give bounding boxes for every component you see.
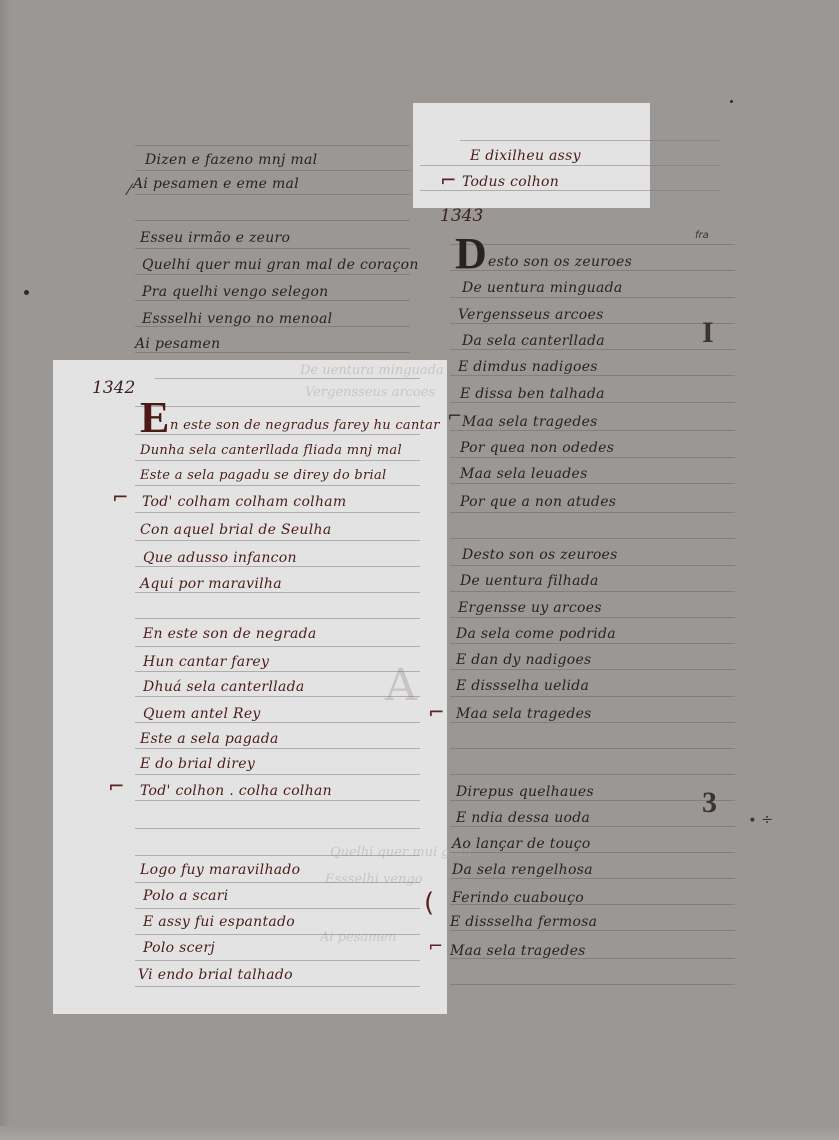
verse-line: Maa sela leuades [460, 466, 588, 482]
verse-line: Tod' colhon . colha colhan [140, 783, 332, 799]
ruled-line [450, 538, 735, 539]
ruled-line [450, 826, 735, 827]
show-through-text: Ai pesamen [320, 930, 397, 945]
verse-line: Ai pesamen [135, 336, 220, 352]
verse-line: Tod' colham colham colham [142, 494, 347, 510]
verse-line: De uentura minguada [462, 280, 623, 296]
ruled-line [450, 696, 735, 697]
verse-line: E dimdus nadigoes [458, 359, 598, 375]
paragraph-mark: ⌐ [108, 774, 125, 798]
ruled-line [450, 800, 735, 801]
ruled-line [450, 878, 735, 879]
ruled-line [450, 512, 735, 513]
verse-line: Aqui por maravilha [140, 576, 282, 592]
ruled-line [450, 591, 735, 592]
ruled-line [135, 352, 410, 353]
decorated-initial: E [140, 392, 169, 443]
verse-line: Pra quelhi vengo selegon [142, 284, 329, 300]
verse-line: Ergensse uy arcoes [458, 600, 602, 616]
verse-line: Desto son os zeuroes [462, 547, 618, 563]
ruled-line [135, 800, 420, 801]
verse-line: Hun cantar farey [143, 654, 269, 670]
verse-line: E ndia dessa uoda [456, 810, 590, 826]
margin-bracket-mark: 3 [702, 786, 717, 820]
ruled-line [450, 774, 735, 775]
margin-note: fra [695, 230, 709, 241]
ruled-line [450, 349, 735, 350]
verse-line: Maa sela tragedes [456, 706, 592, 722]
ruled-line [135, 434, 420, 435]
ruled-line [135, 722, 420, 723]
ruled-line [135, 220, 410, 221]
ruled-line [135, 592, 420, 593]
ruled-line [155, 378, 420, 379]
show-through-letter: A [385, 660, 417, 711]
ruled-line [460, 140, 720, 141]
ruled-line [135, 646, 420, 647]
ruled-line [450, 930, 735, 931]
show-through-text: Essselhi vengo [325, 872, 423, 887]
ruled-line [450, 430, 735, 431]
verse-line: De uentura filhada [460, 573, 599, 589]
ruled-line [450, 643, 735, 644]
ruled-line [450, 297, 735, 298]
ruled-line [135, 882, 420, 883]
verse-line: Da sela canterllada [462, 333, 605, 349]
decorated-initial: D [455, 228, 487, 279]
verse-line: E dissselha fermosa [450, 914, 597, 930]
ruled-line [450, 852, 735, 853]
verse-line: n este son de negradus farey hu cantar [170, 418, 440, 433]
ruled-line [450, 375, 735, 376]
verse-line: E do brial direy [140, 756, 255, 772]
verse-line: Quelhi quer mui gran mal de coraçon [142, 257, 419, 273]
ruled-line [450, 483, 735, 484]
verse-line: Esseu irmão e zeuro [140, 230, 290, 246]
paragraph-mark: ⌐ [428, 700, 445, 724]
ruled-line [135, 855, 420, 856]
paragraph-mark: ⌐ [428, 936, 443, 957]
ruled-line [450, 402, 735, 403]
paragraph-mark: ⌐ [447, 406, 462, 427]
ruled-line [135, 696, 420, 697]
verse-line: Por quea non odedes [460, 440, 614, 456]
ruled-line [135, 908, 420, 909]
verse-line: Vergensseus arcoes [458, 307, 604, 323]
ruled-line [450, 617, 735, 618]
paragraph-mark: ⌐ [112, 485, 129, 509]
ruled-line [135, 485, 420, 486]
verse-line: Dizen e fazeno mnj mal [145, 152, 317, 168]
ruled-line [135, 828, 420, 829]
show-through-text: De uentura minguada [300, 363, 444, 378]
ruled-line [450, 244, 735, 245]
ruled-line [135, 300, 410, 301]
ruled-line [450, 270, 735, 271]
verse-line: E dissselha uelida [456, 678, 589, 694]
verse-line: Con aquel brial de Seulha [140, 522, 331, 538]
ruled-line [450, 722, 735, 723]
ink-speck [24, 290, 29, 295]
verse-line: Da sela come podrida [456, 626, 616, 642]
ruled-line [135, 512, 420, 513]
ruled-line [135, 274, 410, 275]
ruled-line [135, 194, 410, 195]
page-edge-bottom [0, 1126, 839, 1140]
ruled-line [135, 934, 420, 935]
verse-line: Este a sela pagada [140, 731, 279, 747]
bracket-mark: ( [424, 888, 434, 918]
verse-line: En este son de negrada [143, 626, 317, 642]
verse-line: Essselhi vengo no menoal [142, 311, 332, 327]
ruled-line [135, 618, 420, 619]
verse-line: Maa sela tragedes [462, 414, 598, 430]
verse-line: Logo fuy maravilhado [140, 862, 300, 878]
paragraph-mark: ⁄ [128, 180, 131, 199]
ink-speck [730, 100, 733, 103]
ruled-line [420, 190, 720, 191]
ruled-line [450, 565, 735, 566]
verse-line: Este a sela pagadu se direy do brial [140, 468, 387, 483]
verse-line: Que adusso infancon [143, 550, 297, 566]
verse-line: Polo scerj [143, 940, 215, 956]
ruled-line [135, 960, 420, 961]
verse-line: Polo a scari [143, 888, 229, 904]
ruled-line [135, 406, 420, 407]
ruled-line [135, 774, 420, 775]
verse-line: Ai pesamen e eme mal [133, 176, 299, 192]
ruled-line [135, 748, 420, 749]
ruled-line [450, 984, 735, 985]
ruled-line [135, 248, 410, 249]
show-through-text: Vergensseus arcoes [305, 385, 435, 400]
ruled-line [135, 566, 420, 567]
verse-line: Todus colhon [462, 174, 559, 190]
ruled-line [135, 540, 420, 541]
paragraph-mark: ⌐ [440, 168, 457, 192]
ruled-line [135, 671, 420, 672]
ruled-line [420, 165, 720, 166]
verse-line: E assy fui espantado [143, 914, 295, 930]
verse-line: E dan dy nadigoes [456, 652, 592, 668]
poem-number: 1343 [440, 206, 483, 226]
ruled-line [450, 457, 735, 458]
page-edge-left [0, 0, 10, 1140]
verse-line: Dunha sela canterllada fliada mnj mal [140, 443, 402, 458]
verse-line: Dhuá sela canterllada [143, 679, 305, 695]
ruled-line [135, 145, 410, 146]
poem-number: 1342 [92, 378, 135, 398]
verse-line: Vi endo brial talhado [138, 967, 293, 983]
verse-line: Quem antel Rey [143, 706, 261, 722]
verse-line: Por que a non atudes [460, 494, 616, 510]
verse-line: E dissa ben talhada [460, 386, 605, 402]
verse-line: esto son os zeuroes [488, 254, 632, 270]
ruled-line [135, 460, 420, 461]
ruled-line [135, 170, 410, 171]
margin-dots: ∙ ÷ [748, 812, 773, 828]
verse-line: Maa sela tragedes [450, 943, 586, 959]
ruled-line [135, 986, 420, 987]
ruled-line [450, 669, 735, 670]
ruled-line [450, 748, 735, 749]
ruled-line [450, 323, 735, 324]
margin-bracket-mark: I [702, 316, 714, 350]
verse-line: Da sela rengelhosa [452, 862, 593, 878]
verse-line: Ao lançar de touço [452, 836, 591, 852]
verse-line: E dixilheu assy [470, 148, 581, 164]
verse-line: Ferindo cuabouço [452, 890, 584, 906]
verse-line: Direpus quelhaues [456, 784, 594, 800]
